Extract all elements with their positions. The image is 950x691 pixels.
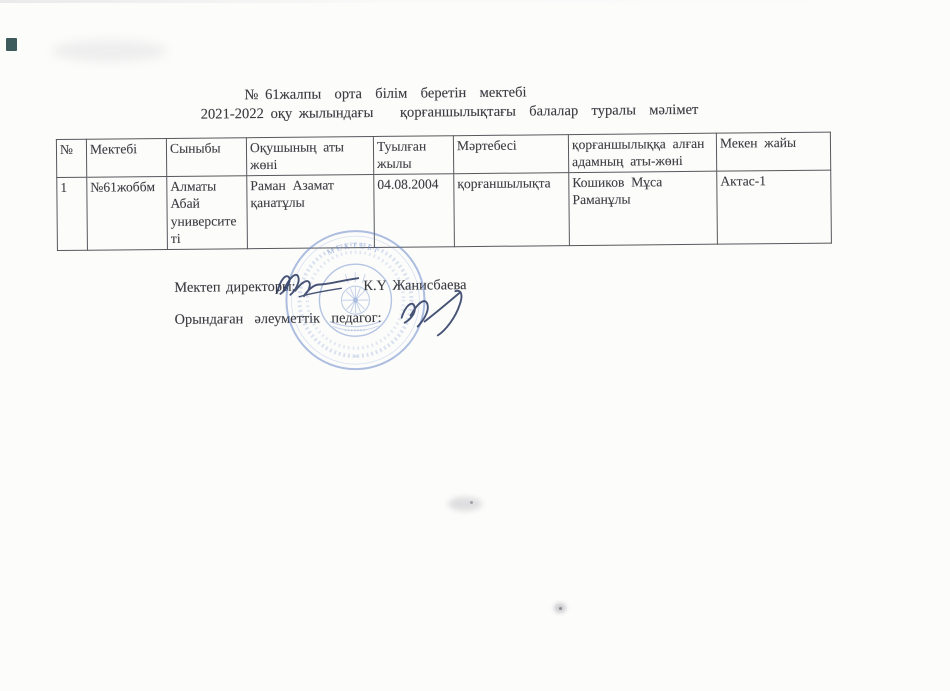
header-number: № <box>56 139 86 177</box>
svg-text:*: * <box>354 353 358 362</box>
cell-status: қорғаншылықта <box>454 173 570 247</box>
header-guardian-name: қорғаншылыққа алған адамның аты-жөні <box>568 133 716 172</box>
table-row: 1 №61жоббм Алматы Абай университе ті Рам… <box>57 170 832 250</box>
guardianship-table: № Мектебі Сыныбы Оқушының аты жөні Туылғ… <box>56 132 832 251</box>
pedagog-signature <box>396 287 476 338</box>
document-title-line1: № 61жалпы орта білім беретін мектебі <box>244 85 526 105</box>
director-signature <box>271 266 363 301</box>
cell-school: №61жоббм <box>87 176 168 249</box>
cell-number: 1 <box>57 177 88 250</box>
cell-guardian-name: Кошиков Мұса Раманұлы <box>569 171 718 245</box>
header-address: Мекен жайы <box>716 132 830 171</box>
cell-address: Актас-1 <box>717 170 832 244</box>
header-status: Мәртебесі <box>453 135 568 174</box>
header-birth-year: Туылған жылы <box>373 136 453 175</box>
document-title-line2: 2021-2022 оқу жылындағы қорғаншылықтағы … <box>201 102 699 124</box>
svg-text:МЕКТЕБІ: МЕКТЕБІ <box>325 241 381 257</box>
header-school: Мектебі <box>86 138 166 177</box>
scanned-page: № 61жалпы орта білім беретін мектебі 202… <box>0 0 950 691</box>
cell-class: Алматы Абай университе ті <box>167 176 248 249</box>
header-student-name: Оқушының аты жөні <box>246 136 373 175</box>
stamp-word: МЕКТЕБІ <box>325 241 381 257</box>
header-class: Сыныбы <box>166 138 246 177</box>
